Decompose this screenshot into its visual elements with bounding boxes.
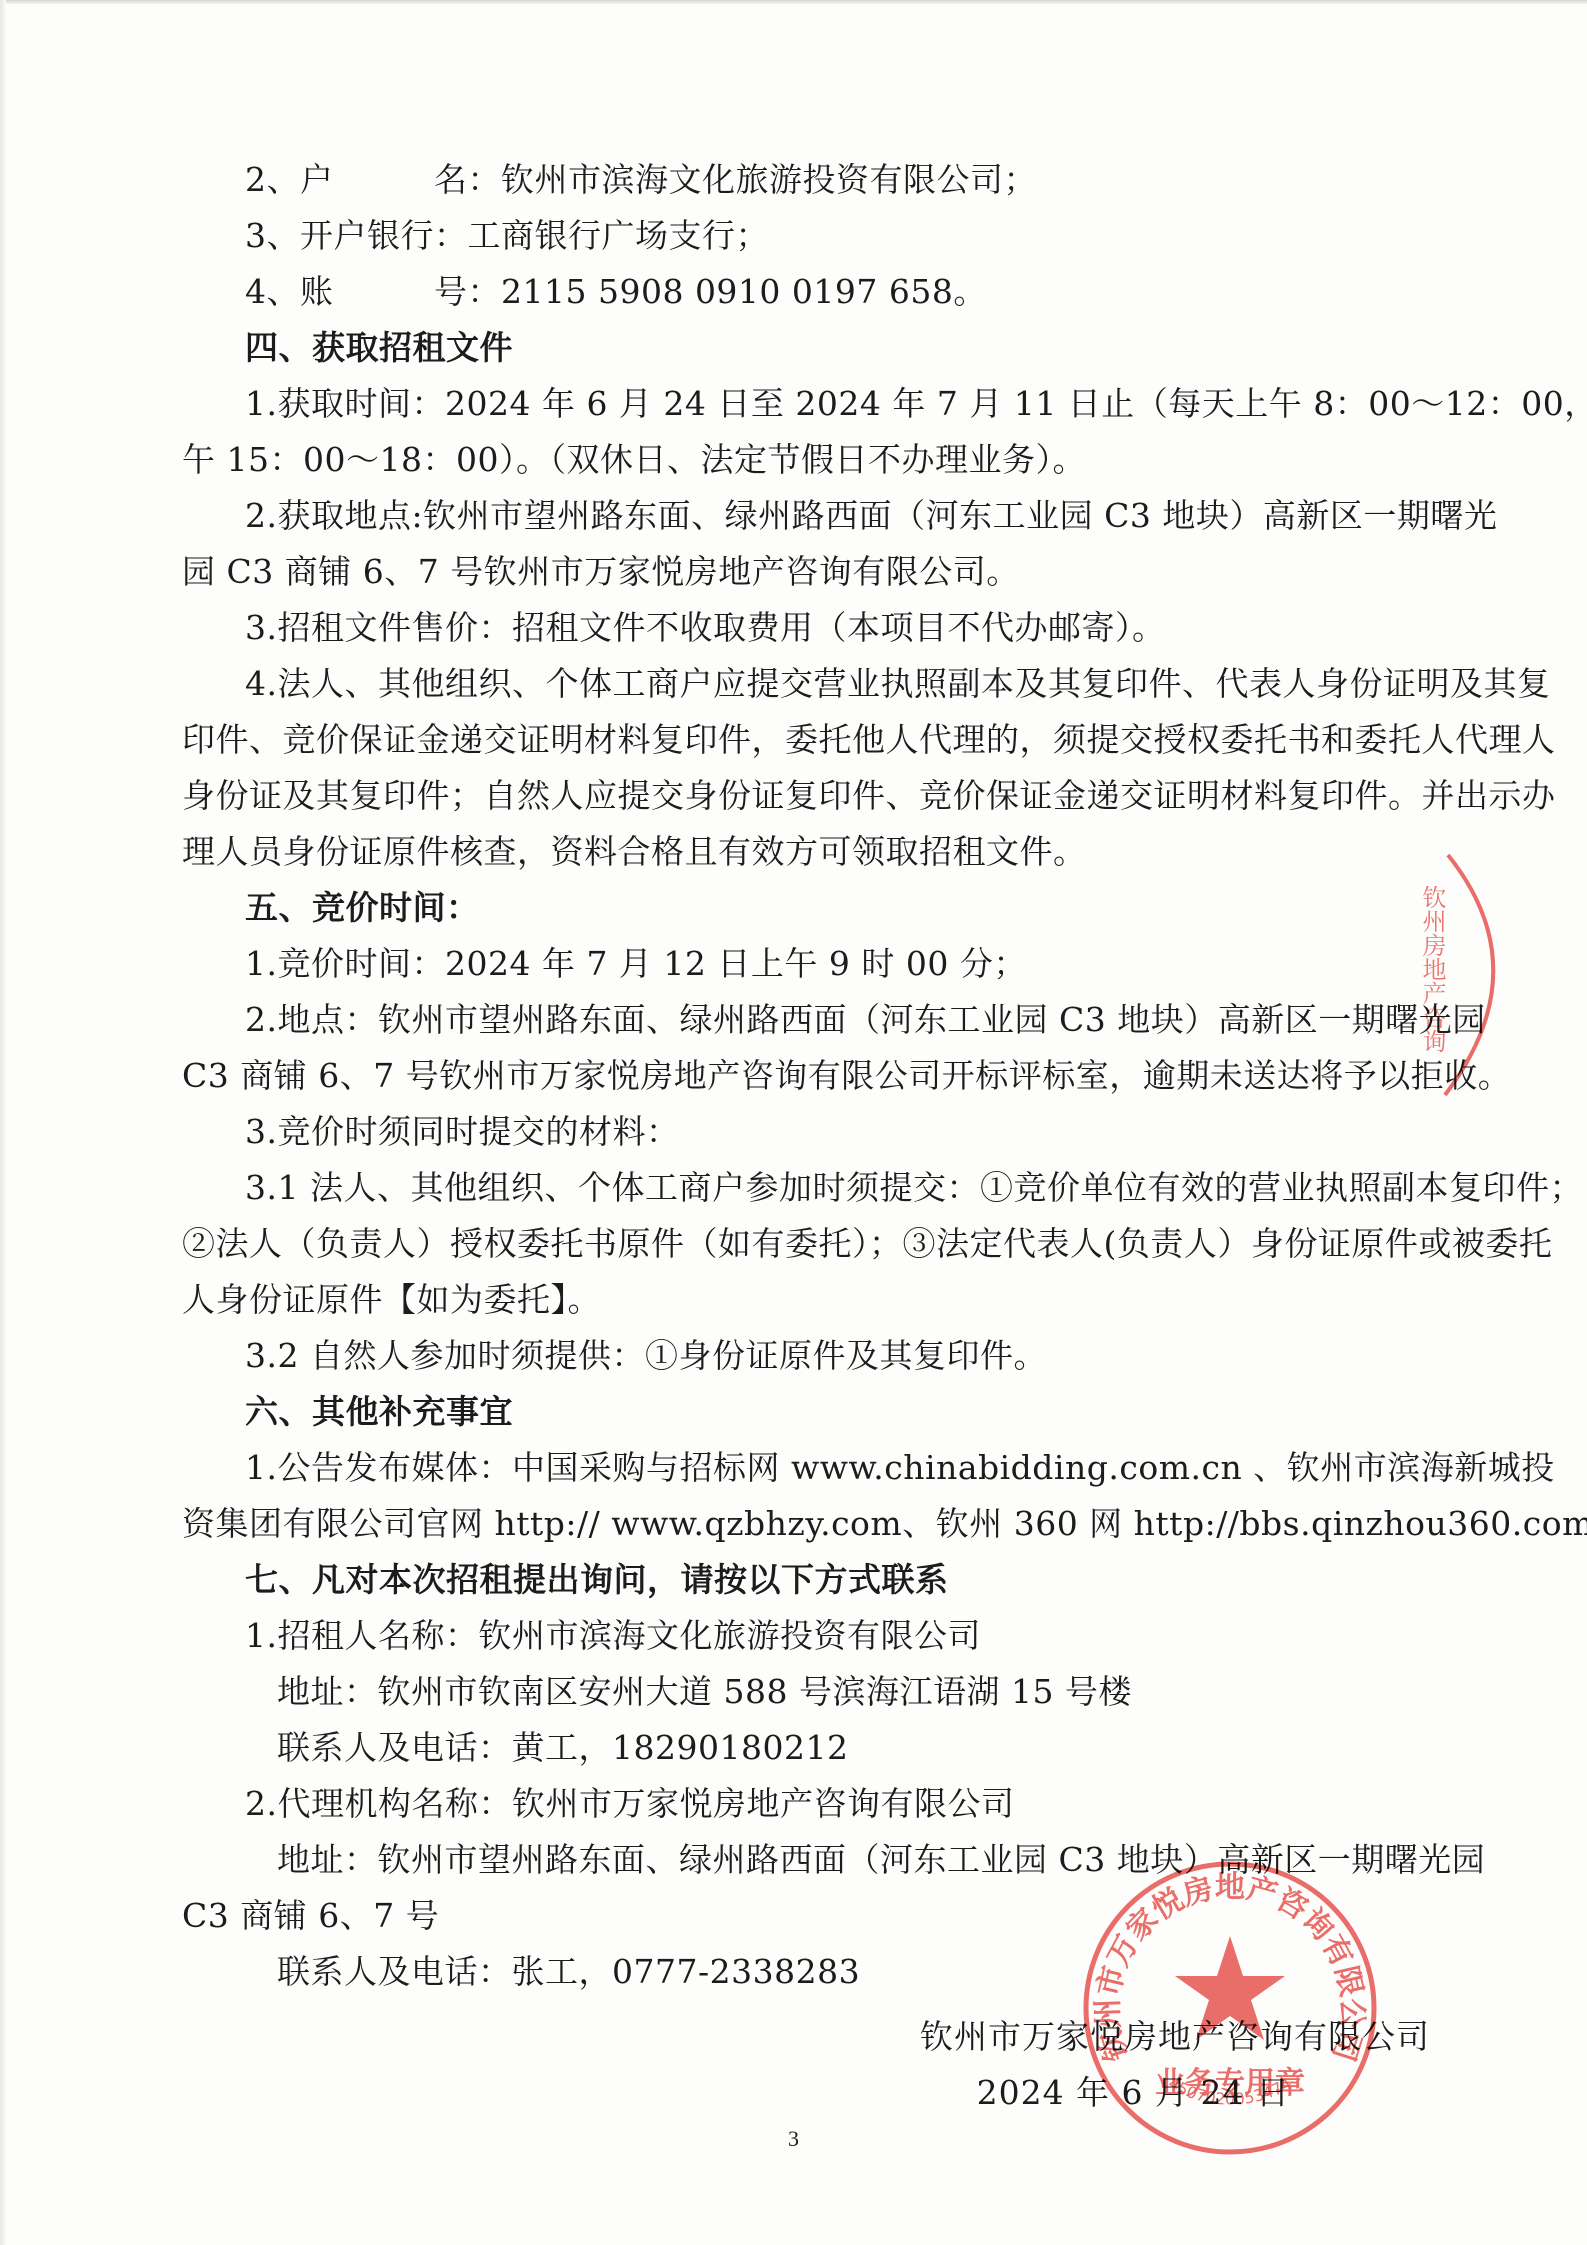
document-body: 2、户 名：钦州市滨海文化旅游投资有限公司；3、开户银行：工商银行广场支行；4、… xyxy=(182,152,1430,2000)
document-line: 3.竞价时须同时提交的材料： xyxy=(182,1104,1430,1160)
signature-company: 钦州市万家悦房地产咨询有限公司 xyxy=(182,2009,1430,2065)
document-line: 午 15：00～18：00）。（双休日、法定节假日不办理业务）。 xyxy=(182,432,1430,488)
section-heading: 七、凡对本次招租提出询问，请按以下方式联系 xyxy=(182,1552,1430,1608)
document-line: 联系人及电话：张工，0777-2338283 xyxy=(182,1944,1430,2000)
signature-date: 2024 年 6 月 24 日 xyxy=(182,2065,1430,2121)
document-line: 3.招租文件售价：招租文件不收取费用（本项目不代办邮寄）。 xyxy=(182,600,1430,656)
document-line: 2.代理机构名称：钦州市万家悦房地产咨询有限公司 xyxy=(182,1776,1430,1832)
section-heading: 四、获取招租文件 xyxy=(182,320,1430,376)
document-line: 1.竞价时间：2024 年 7 月 12 日上午 9 时 00 分； xyxy=(182,936,1430,992)
document-line: 理人员身份证原件核查，资料合格且有效方可领取招租文件。 xyxy=(182,824,1430,880)
document-line: 身份证及其复印件；自然人应提交身份证复印件、竞价保证金递交证明材料复印件。并出示… xyxy=(182,768,1430,824)
document-line: 2.获取地点:钦州市望州路东面、绿州路西面（河东工业园 C3 地块）高新区一期曙… xyxy=(182,488,1430,544)
document-line: 资集团有限公司官网 http:// www.qzbhzy.com、钦州 360 … xyxy=(182,1496,1430,1552)
scan-edge-top xyxy=(0,0,1587,4)
document-line: 4.法人、其他组织、个体工商户应提交营业执照副本及其复印件、代表人身份证明及其复 xyxy=(182,656,1430,712)
document-line: 3、开户银行：工商银行广场支行； xyxy=(182,208,1430,264)
section-heading: 五、竞价时间： xyxy=(182,880,1430,936)
page-number: 3 xyxy=(0,2126,1587,2152)
document-line: 2、户 名：钦州市滨海文化旅游投资有限公司； xyxy=(182,152,1430,208)
scan-edge-left xyxy=(0,0,6,2245)
document-line: 联系人及电话：黄工，18290180212 xyxy=(182,1720,1430,1776)
document-line: C3 商铺 6、7 号 xyxy=(182,1888,1430,1944)
document-line: 3.2 自然人参加时须提供：①身份证原件及其复印件。 xyxy=(182,1328,1430,1384)
document-line: 1.公告发布媒体：中国采购与招标网 www.chinabidding.com.c… xyxy=(182,1440,1430,1496)
document-line: 园 C3 商铺 6、7 号钦州市万家悦房地产咨询有限公司。 xyxy=(182,544,1430,600)
document-line: 1.获取时间：2024 年 6 月 24 日至 2024 年 7 月 11 日止… xyxy=(182,376,1430,432)
document-line: 3.1 法人、其他组织、个体工商户参加时须提交：①竞价单位有效的营业执照副本复印… xyxy=(182,1160,1430,1216)
document-line: C3 商铺 6、7 号钦州市万家悦房地产咨询有限公司开标评标室，逾期未送达将予以… xyxy=(182,1048,1430,1104)
document-line: 地址：钦州市望州路东面、绿州路西面（河东工业园 C3 地块）高新区一期曙光园 xyxy=(182,1832,1430,1888)
document-line: 人身份证原件【如为委托】。 xyxy=(182,1272,1430,1328)
document-line: 2.地点：钦州市望州路东面、绿州路西面（河东工业园 C3 地块）高新区一期曙光园 xyxy=(182,992,1430,1048)
document-line: ②法人（负责人）授权委托书原件（如有委托）；③法定代表人(负责人）身份证原件或被… xyxy=(182,1216,1430,1272)
document-line: 印件、竞价保证金递交证明材料复印件，委托他人代理的，须提交授权委托书和委托人代理… xyxy=(182,712,1430,768)
document-line: 1.招租人名称：钦州市滨海文化旅游投资有限公司 xyxy=(182,1608,1430,1664)
document-line: 4、账 号：2115 5908 0910 0197 658。 xyxy=(182,264,1430,320)
document-line: 地址：钦州市钦南区安州大道 588 号滨海江语湖 15 号楼 xyxy=(182,1664,1430,1720)
section-heading: 六、其他补充事宜 xyxy=(182,1384,1430,1440)
